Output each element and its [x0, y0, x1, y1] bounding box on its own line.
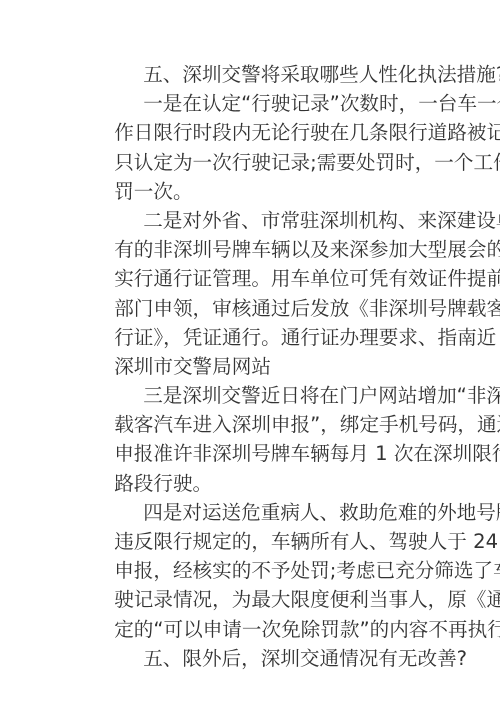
text-line: 部门申领，审核通过后发放《非深圳号牌载客汽车通: [75, 294, 427, 323]
text-line: 二是对外省、市常驻深圳机构、来深建设单位所: [75, 206, 427, 235]
section-heading-5-measures: 五、深圳交警将采取哪些人性化执法措施?: [75, 60, 427, 89]
document-page: 五、深圳交警将采取哪些人性化执法措施? 一是在认定“行驶记录”次数时，一台车一个…: [75, 60, 427, 673]
text-line: 申报，经核实的不予处罚;考虑已充分筛选了车辆的行: [75, 556, 427, 585]
text-line: 五、限外后，深圳交通情况有无改善?: [75, 644, 427, 673]
text-line: 实行通行证管理。用车单位可凭有效证件提前向交警: [75, 264, 427, 293]
text-line: 罚一次。: [75, 177, 427, 206]
text-line: 有的非深圳号牌车辆以及来深参加大型展会的车辆，: [75, 235, 427, 264]
text-line: 驶记录情况，为最大限度便利当事人，原《通告》规: [75, 585, 427, 614]
text-line: 四是对运送危重病人、救助危难的外地号牌车辆: [75, 498, 427, 527]
text-line: 深圳市交警局网站: [75, 352, 427, 381]
text-line: 违反限行规定的，车辆所有人、驾驶人于 24 小时内: [75, 527, 427, 556]
paragraph-measure-1: 一是在认定“行驶记录”次数时，一台车一个工 作日限行时段内无论行驶在几条限行道路…: [75, 89, 427, 206]
text-line: 三是深圳交警近日将在门户网站增加“非深号牌: [75, 381, 427, 410]
text-line: 行证》，凭证通行。通行证办理要求、指南近日可在: [75, 323, 427, 352]
text-line: 只认定为一次行驶记录;需要处罚时，一个工作日仅处: [75, 148, 427, 177]
text-line: 五、深圳交警将采取哪些人性化执法措施?: [75, 60, 427, 89]
section-heading-5-traffic: 五、限外后，深圳交通情况有无改善?: [75, 644, 427, 673]
paragraph-measure-3: 三是深圳交警近日将在门户网站增加“非深号牌 载客汽车进入深圳申报”，绑定手机号码…: [75, 381, 427, 498]
text-line: 载客汽车进入深圳申报”，绑定手机号码，通过提前: [75, 410, 427, 439]
text-line: 一是在认定“行驶记录”次数时，一台车一个工: [75, 89, 427, 118]
paragraph-measure-2: 二是对外省、市常驻深圳机构、来深建设单位所 有的非深圳号牌车辆以及来深参加大型展…: [75, 206, 427, 381]
text-line: 申报准许非深圳号牌车辆每月 1 次在深圳限行时段、: [75, 439, 427, 468]
paragraph-measure-4: 四是对运送危重病人、救助危难的外地号牌车辆 违反限行规定的，车辆所有人、驾驶人于…: [75, 498, 427, 644]
text-line: 定的“可以申请一次免除罚款”的内容不再执行。: [75, 615, 427, 644]
text-line: 作日限行时段内无论行驶在几条限行道路被记录的，: [75, 118, 427, 147]
text-line: 路段行驶。: [75, 469, 427, 498]
